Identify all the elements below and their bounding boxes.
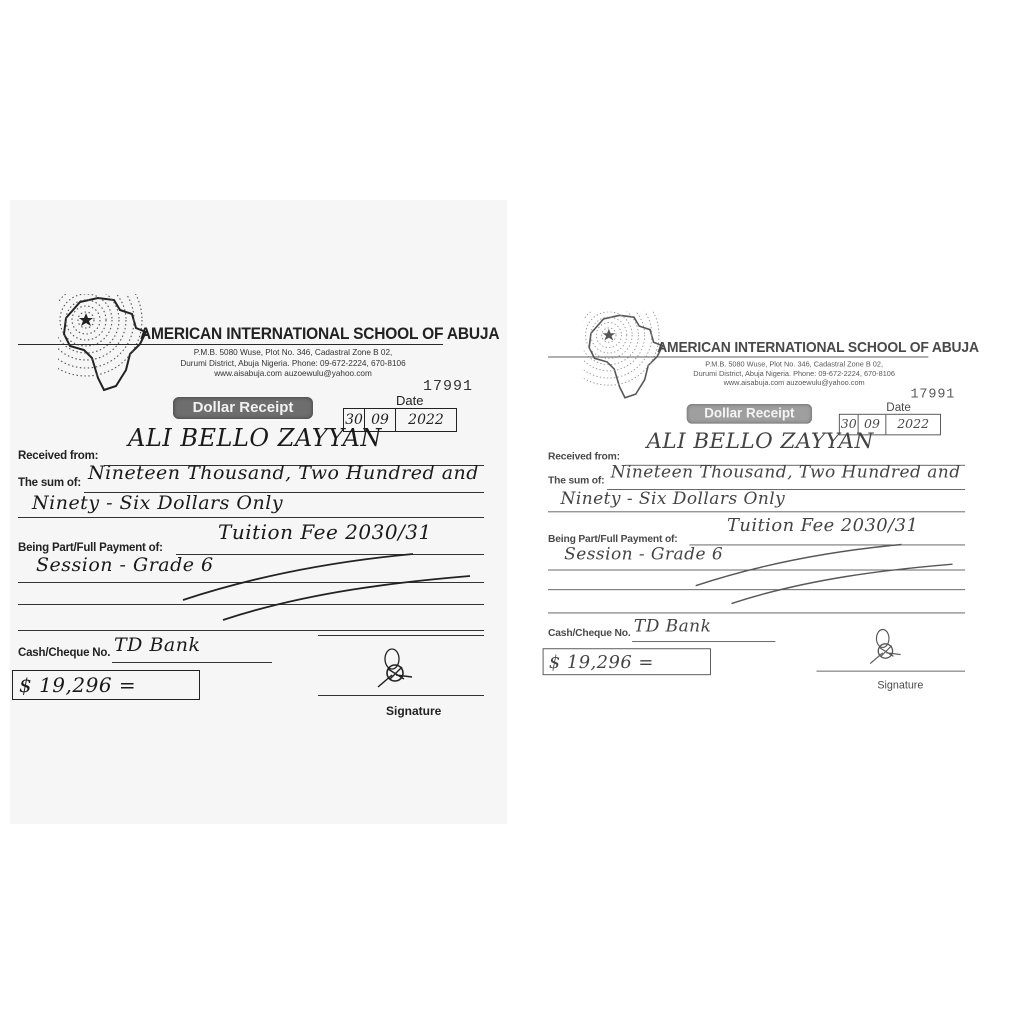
school-address: P.M.B. 5080 Wuse, Plot No. 346, Cadastra… bbox=[660, 360, 929, 388]
amount-value: $ 19,296 = bbox=[19, 671, 136, 699]
cheque-line bbox=[112, 662, 272, 663]
payment-label: Being Part/Full Payment of: bbox=[18, 542, 163, 554]
payment-label: Being Part/Full Payment of: bbox=[548, 534, 678, 545]
signature-line bbox=[817, 671, 966, 672]
blank-line bbox=[18, 630, 484, 631]
sum-line-2-rule bbox=[548, 511, 965, 512]
sum-line-1: Nineteen Thousand, Two Hundred and bbox=[611, 462, 961, 482]
cheque-value: TD Bank bbox=[114, 634, 201, 656]
address-line: P.M.B. 5080 Wuse, Plot No. 346, Cadastra… bbox=[143, 348, 443, 359]
signature-upper-line bbox=[318, 635, 484, 636]
blank-line bbox=[548, 589, 965, 590]
payment-line-1-rule bbox=[176, 554, 484, 555]
signature-line bbox=[318, 695, 484, 696]
sum-line-2-rule bbox=[18, 517, 484, 518]
payment-line-1: Tuition Fee 2030/31 bbox=[727, 514, 918, 535]
dollar-receipt-badge: Dollar Receipt bbox=[173, 397, 313, 419]
blank-line bbox=[18, 604, 484, 605]
received-from-label: Received from: bbox=[548, 451, 620, 462]
signature-label: Signature bbox=[877, 679, 923, 692]
sum-line-1: Nineteen Thousand, Two Hundred and bbox=[88, 462, 479, 484]
payment-line-1: Tuition Fee 2030/31 bbox=[218, 520, 432, 544]
payment-line-2-rule bbox=[18, 582, 484, 583]
cheque-label: Cash/Cheque No. bbox=[18, 647, 110, 659]
sum-label: The sum of: bbox=[18, 477, 81, 489]
date-label: Date bbox=[886, 400, 911, 413]
school-name: AMERICAN INTERNATIONAL SCHOOL OF ABUJA bbox=[140, 325, 499, 344]
address-line: Durumi District, Abuja Nigeria. Phone: 0… bbox=[660, 370, 929, 379]
payment-line-2: Session - Grade 6 bbox=[564, 544, 723, 564]
address-line: P.M.B. 5080 Wuse, Plot No. 346, Cadastra… bbox=[660, 360, 929, 369]
date-year: 2022 bbox=[886, 415, 940, 435]
signature-scribble-icon bbox=[861, 628, 906, 671]
date-label: Date bbox=[396, 393, 423, 408]
received-from-value: ALI BELLO ZAYYAN bbox=[128, 424, 382, 452]
address-line: Durumi District, Abuja Nigeria. Phone: 0… bbox=[143, 359, 443, 370]
school-address: P.M.B. 5080 Wuse, Plot No. 346, Cadastra… bbox=[143, 348, 443, 380]
serial-number: 17991 bbox=[423, 378, 473, 395]
signature-scribble-icon bbox=[368, 647, 418, 695]
dollar-receipt-badge: Dollar Receipt bbox=[687, 404, 812, 424]
amount-box: $ 19,296 = bbox=[12, 670, 200, 700]
amount-box: $ 19,296 = bbox=[543, 648, 711, 675]
sum-line-2: Ninety - Six Dollars Only bbox=[561, 489, 786, 509]
blank-line bbox=[548, 613, 965, 614]
cheque-label: Cash/Cheque No. bbox=[548, 628, 631, 639]
received-from-value: ALI BELLO ZAYYAN bbox=[646, 428, 873, 453]
received-from-label: Received from: bbox=[18, 450, 98, 462]
header-rule bbox=[548, 357, 928, 358]
amount-value: $ 19,296 = bbox=[549, 649, 654, 674]
signature-label: Signature bbox=[386, 704, 441, 718]
payment-line-1-rule bbox=[689, 544, 965, 545]
payment-line-2: Session - Grade 6 bbox=[36, 554, 214, 576]
receipt-original: AMERICAN INTERNATIONAL SCHOOL OF ABUJA P… bbox=[18, 292, 488, 732]
cheque-value: TD Bank bbox=[634, 616, 711, 636]
school-name: AMERICAN INTERNATIONAL SCHOOL OF ABUJA bbox=[657, 340, 979, 357]
address-line: www.aisabuja.com auzoewulu@yahoo.com bbox=[143, 369, 443, 380]
serial-number: 17991 bbox=[910, 387, 955, 402]
payment-line-2-rule bbox=[548, 570, 965, 571]
receipt-copy: AMERICAN INTERNATIONAL SCHOOL OF ABUJA P… bbox=[548, 310, 969, 704]
sum-line-2: Ninety - Six Dollars Only bbox=[32, 492, 283, 514]
cheque-line bbox=[632, 641, 775, 642]
date-year: 2022 bbox=[396, 409, 456, 431]
sum-label: The sum of: bbox=[548, 476, 604, 487]
header-rule bbox=[18, 344, 443, 345]
address-line: www.aisabuja.com auzoewulu@yahoo.com bbox=[660, 379, 929, 388]
